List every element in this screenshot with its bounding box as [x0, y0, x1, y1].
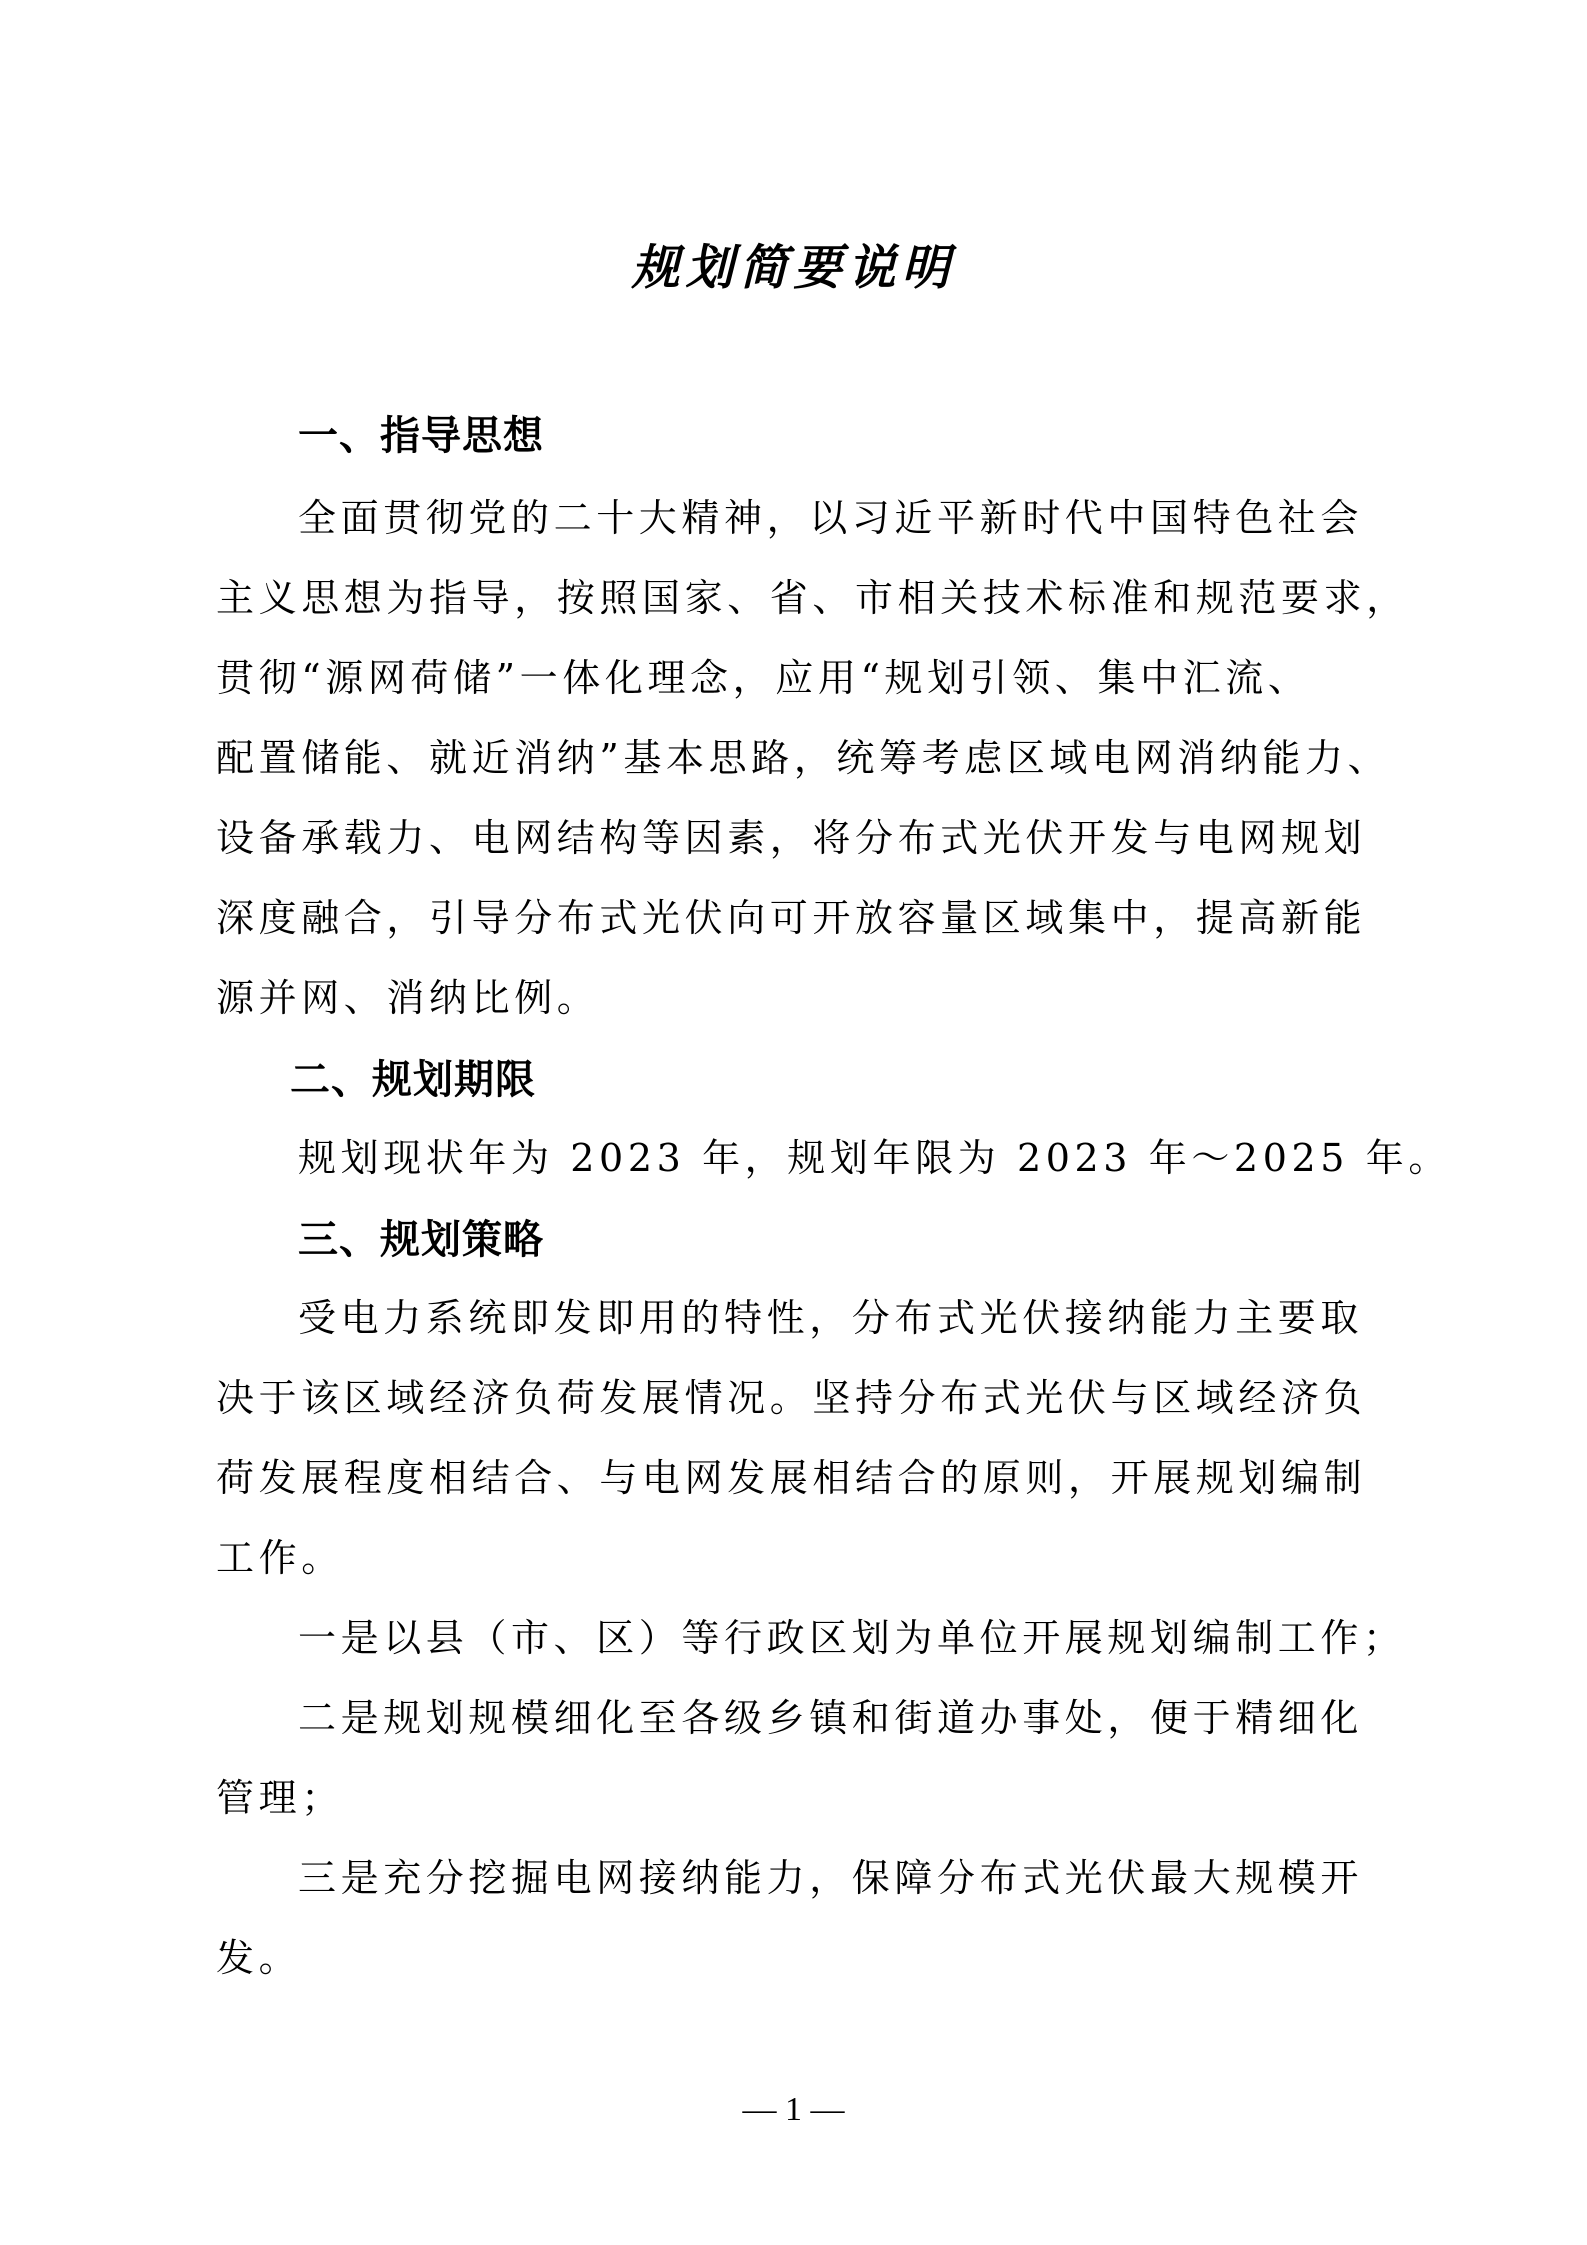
strategy-item-1: 一是以县（市、区）等行政区划为单位开展规划编制工作；: [298, 1612, 1406, 1664]
document-title: 规划简要说明: [0, 238, 1587, 298]
paragraph-line: 深度融合，引导分布式光伏向可开放容量区域集中，提高新能: [216, 892, 1366, 944]
paragraph-line: 配置储能、就近消纳”基本思路，统筹考虑区域电网消纳能力、: [216, 732, 1390, 784]
strategy-item-3-cont: 发。: [216, 1932, 301, 1984]
paragraph-line: 受电力系统即发即用的特性，分布式光伏接纳能力主要取: [298, 1292, 1363, 1344]
section-heading-planning-strategy: 三、规划策略: [298, 1212, 544, 1268]
paragraph-line: 设备承载力、电网结构等因素，将分布式光伏开发与电网规划: [216, 812, 1366, 864]
strategy-item-3: 三是充分挖掘电网接纳能力，保障分布式光伏最大规模开: [298, 1852, 1363, 1904]
strategy-item-2: 二是规划规模细化至各级乡镇和街道办事处，便于精细化: [298, 1692, 1363, 1744]
paragraph-line: 工作。: [216, 1532, 344, 1584]
section-heading-guiding-thought: 一、指导思想: [298, 408, 544, 464]
strategy-item-2-cont: 管理；: [216, 1772, 344, 1824]
section-heading-planning-period: 二、规划期限: [290, 1052, 536, 1108]
paragraph-line: 主义思想为指导，按照国家、省、市相关技术标准和规范要求，: [216, 572, 1409, 624]
document-page: 规划简要说明 一、指导思想 全面贯彻党的二十大精神，以习近平新时代中国特色社会 …: [0, 0, 1587, 2245]
paragraph-line: 全面贯彻党的二十大精神，以习近平新时代中国特色社会: [298, 492, 1363, 544]
paragraph-line: 决于该区域经济负荷发展情况。坚持分布式光伏与区域经济负: [216, 1372, 1366, 1424]
page-number: — 1 —: [0, 2090, 1587, 2130]
paragraph-line: 源并网、消纳比例。: [216, 972, 599, 1024]
paragraph-line: 贯彻“源网荷储”一体化理念，应用“规划引领、集中汇流、: [216, 652, 1310, 704]
paragraph-line: 规划现状年为 2023 年，规划年限为 2023 年～2025 年。: [298, 1132, 1451, 1184]
paragraph-line: 荷发展程度相结合、与电网发展相结合的原则，开展规划编制: [216, 1452, 1366, 1504]
